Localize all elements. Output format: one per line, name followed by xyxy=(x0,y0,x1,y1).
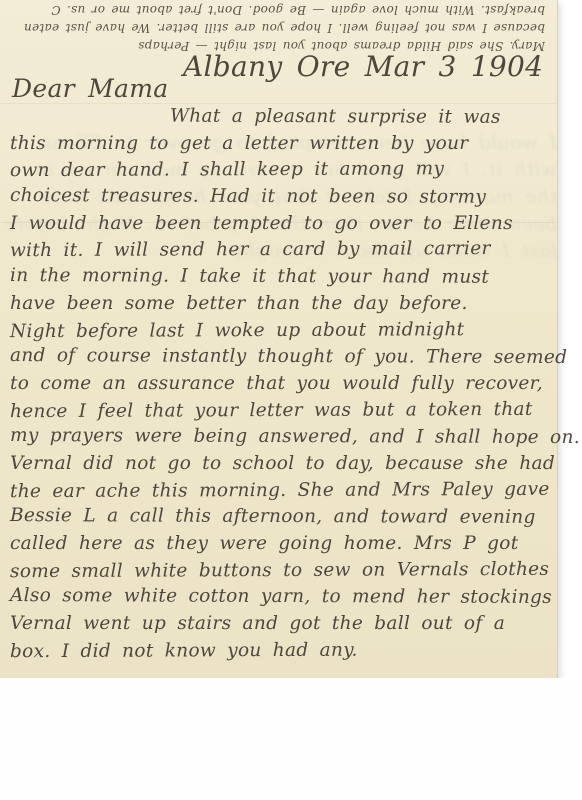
handwriting-line: Bessie L a call this afternoon, and towa… xyxy=(10,503,550,532)
letter-paper: I would have been tempted to go over to … xyxy=(0,0,558,680)
handwriting-line: called here as they were going home. Mrs… xyxy=(10,531,550,558)
handwriting-line: and of course instantly thought of you. … xyxy=(10,343,550,372)
handwriting-line: Night before last I woke up about midnig… xyxy=(10,316,550,345)
handwriting-line: this morning to get a letter written by … xyxy=(10,131,550,158)
handwriting-line: choicest treasures. Had it not been so s… xyxy=(10,183,550,212)
handwriting-line: the ear ache this morning. She and Mrs P… xyxy=(10,476,550,505)
handwriting-line: some small white buttons to sew on Verna… xyxy=(10,557,550,586)
letter-body: What a pleasant surprise it wasthis morn… xyxy=(10,104,550,664)
handwriting-line: What a pleasant surprise it was xyxy=(10,103,550,132)
handwriting-line: own dear hand. I shall keep it among my xyxy=(10,156,550,185)
pencil-mark: ٭ xyxy=(128,648,134,661)
handwriting-line: Vernal went up stairs and got the ball o… xyxy=(10,611,550,638)
cross-writing-top: Mary. She said Hilda dreams about you la… xyxy=(0,1,557,55)
handwriting-line: with it. I will send her a card by mail … xyxy=(10,236,550,265)
scan-background xyxy=(0,678,582,800)
cross-writing-line: breakfast. With much love again — Be goo… xyxy=(0,1,557,19)
letter-salutation: Dear Mama xyxy=(12,74,168,103)
letter-dateline: Albany Ore Mar 3 1904 xyxy=(183,50,543,83)
handwriting-line: to come an assurance that you would full… xyxy=(10,371,550,398)
handwriting-line: Vernal did not go to school to day, beca… xyxy=(10,451,550,478)
handwriting-line: hence I feel that your letter was but a … xyxy=(10,396,550,425)
cross-writing-line: because I was not feeling well. I hope y… xyxy=(0,19,557,37)
handwriting-line: box. I did not know you had any. xyxy=(10,637,550,666)
handwriting-line: my prayers were being answered, and I sh… xyxy=(10,423,550,452)
handwriting-line: Also some white cotton yarn, to mend her… xyxy=(10,583,550,612)
handwriting-line: I would have been tempted to go over to … xyxy=(10,211,550,238)
scanned-letter-page: I would have been tempted to go over to … xyxy=(0,0,582,800)
handwriting-line: in the morning. I take it that your hand… xyxy=(10,263,550,292)
handwriting-line: have been some better than the day befor… xyxy=(10,291,550,318)
